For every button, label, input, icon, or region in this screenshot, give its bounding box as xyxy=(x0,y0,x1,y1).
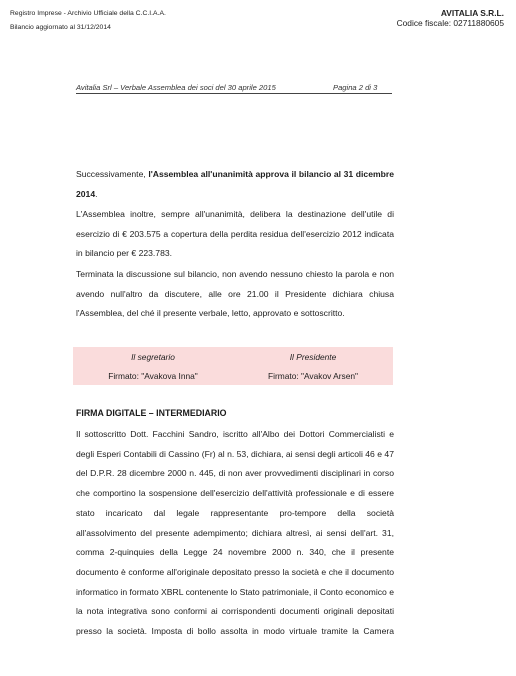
president-role: Il Presidente xyxy=(233,347,393,367)
president-signed: Firmato: "Avakov Arsen" xyxy=(233,367,393,386)
closing-paragraph: Terminata la discussione sul bilancio, n… xyxy=(76,265,394,324)
digital-signature-paragraph: Il sottoscritto Dott. Facchini Sandro, i… xyxy=(76,425,394,642)
approval-lead: Successivamente, xyxy=(76,169,148,179)
closing-text: Terminata la discussione sul bilancio, n… xyxy=(76,265,394,324)
secretary-signed: Firmato: "Avakova Inna" xyxy=(73,367,233,386)
president-signature: Il Presidente Firmato: "Avakov Arsen" xyxy=(233,347,393,386)
company-name: AVITALIA S.R.L. xyxy=(397,8,504,18)
running-head: Avitalia Srl – Verbale Assemblea dei soc… xyxy=(76,83,392,94)
registry-archive-label: Registro Imprese - Archivio Ufficiale de… xyxy=(10,8,166,20)
secretary-signature: Il segretario Firmato: "Avakova Inna" xyxy=(73,347,233,386)
tax-code: Codice fiscale: 02711880605 xyxy=(397,18,504,28)
digital-signature-text: Il sottoscritto Dott. Facchini Sandro, i… xyxy=(76,425,394,642)
allocation-text: L'Assemblea inoltre, sempre all'unanimit… xyxy=(76,205,394,264)
digital-signature-title: FIRMA DIGITALE – INTERMEDIARIO xyxy=(76,406,227,420)
document-title: Avitalia Srl – Verbale Assemblea dei soc… xyxy=(76,83,276,92)
balance-updated-label: Bilancio aggiornato al 31/12/2014 xyxy=(10,22,166,34)
page-number: Pagina 2 di 3 xyxy=(333,83,377,93)
signature-block: Il segretario Firmato: "Avakova Inna" Il… xyxy=(73,347,393,385)
approval-tail: . xyxy=(95,189,97,199)
allocation-paragraph: L'Assemblea inoltre, sempre all'unanimit… xyxy=(76,205,394,264)
approval-paragraph: Successivamente, l'Assemblea all'unanimi… xyxy=(76,165,394,204)
registry-header: Registro Imprese - Archivio Ufficiale de… xyxy=(10,8,166,34)
secretary-role: Il segretario xyxy=(73,347,233,367)
company-header: AVITALIA S.R.L. Codice fiscale: 02711880… xyxy=(397,8,504,28)
